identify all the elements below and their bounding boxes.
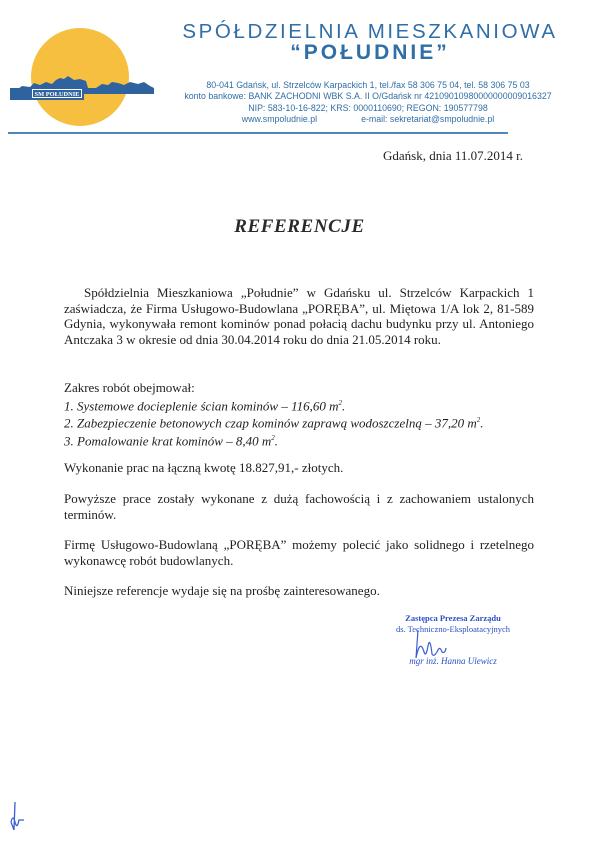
website-link[interactable]: www.smpoludnie.pl: [242, 114, 317, 124]
signature-stamp: Zastępca Prezesa Zarządu ds. Techniczno-…: [378, 613, 528, 634]
recommendation-paragraph: Firmę Usługowo-Budowlaną „PORĘBA” możemy…: [64, 537, 534, 568]
scope-heading: Zakres robót obejmował:: [64, 380, 483, 396]
issued-paragraph: Niniejsze referencje wydaje się na prośb…: [64, 583, 534, 599]
letterhead-divider: [8, 132, 508, 134]
address-line: 80-041 Gdańsk, ul. Strzelców Karpackich …: [148, 80, 588, 91]
signatory-role-line2: ds. Techniczno-Eksploatacyjnych: [378, 624, 528, 635]
web-email-line: www.smpoludnie.ple-mail: sekretariat@smp…: [148, 114, 588, 125]
intro-paragraph: Spółdzielnia Mieszkaniowa „Południe” w G…: [64, 285, 534, 347]
sun-shape: [31, 28, 129, 126]
contact-block: 80-041 Gdańsk, ul. Strzelców Karpackich …: [148, 80, 588, 125]
logo-text: SM POŁUDNIE: [35, 91, 80, 98]
scope-of-work: Zakres robót obejmował: 1. Systemowe doc…: [64, 380, 483, 449]
scope-item: 2. Zabezpieczenie betonowych czap kominó…: [64, 413, 483, 431]
cooperative-logo: SM POŁUDNIE: [8, 22, 158, 137]
scope-item: 1. Systemowe docieplenie ścian kominów –…: [64, 396, 483, 414]
registry-line: NIP: 583-10-16-822; KRS: 0000110690; REG…: [148, 103, 588, 114]
signatory-role-line1: Zastępca Prezesa Zarządu: [378, 613, 528, 624]
bank-account-line: konto bankowe: BANK ZACHODNI WBK S.A. II…: [148, 91, 588, 102]
date-line: Gdańsk, dnia 11.07.2014 r.: [383, 148, 523, 164]
document-title: REFERENCJE: [0, 216, 599, 238]
org-name-line2: “POŁUDNIE”: [160, 41, 580, 65]
handwritten-signature-icon: [412, 628, 452, 669]
handwritten-initials-icon: [6, 800, 30, 841]
email-link[interactable]: e-mail: sekretariat@smpoludnie.pl: [361, 114, 494, 124]
signatory-name: mgr inż. Hanna Ulewicz: [378, 656, 528, 667]
amount-paragraph: Wykonanie prac na łączną kwotę 18.827,91…: [64, 460, 534, 476]
scope-item: 3. Pomalowanie krat kominów – 8,40 m2.: [64, 431, 483, 449]
quality-paragraph: Powyższe prace zostały wykonane z dużą f…: [64, 491, 534, 522]
